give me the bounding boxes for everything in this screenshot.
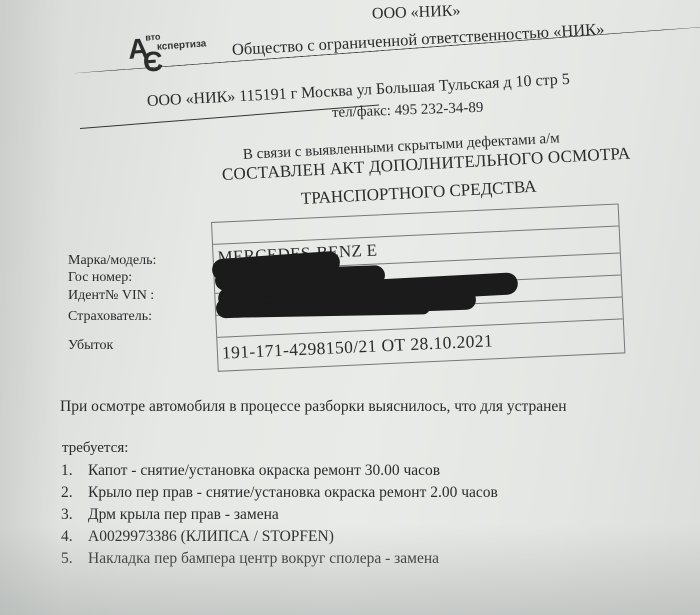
item-text: Дрм крыла пер прав - замена	[88, 506, 279, 523]
list-item: 5.Накладка пер бампера центр вокруг спол…	[61, 548, 498, 570]
company-short-name: ООО «НИК»	[372, 2, 461, 23]
item-number: 2.	[61, 482, 88, 504]
label-vin: Идент№ VIN :	[68, 288, 154, 304]
item-number: 4.	[61, 526, 88, 548]
list-item: 1.Капот - снятие/установка окраска ремон…	[61, 460, 498, 482]
label-insurer: Страхователь:	[68, 309, 152, 325]
label-plate-number: Гос номер:	[68, 270, 132, 286]
item-text: Крыло пер прав - снятие/установка окраск…	[88, 484, 498, 501]
item-number: 1.	[61, 460, 88, 482]
logo-word-mid: кспертиза	[157, 38, 207, 52]
list-item: 2.Крыло пер прав - снятие/установка окра…	[61, 482, 498, 504]
inspection-intro-text: При осмотре автомобиля в процессе разбор…	[60, 398, 567, 416]
required-label: требуется:	[62, 440, 128, 457]
paper-shadow-left	[0, 0, 60, 615]
label-loss-number: Убыток	[68, 338, 113, 354]
item-text: Накладка пер бампера центр вокруг сполер…	[88, 550, 439, 567]
label-brand-model: Марка/модель:	[68, 253, 156, 269]
item-text: A0029973386 (КЛИПСА / STOPFEN)	[88, 528, 334, 545]
list-item: 3.Дрм крыла пер прав - замена	[61, 504, 498, 526]
item-number: 3.	[61, 504, 88, 526]
list-item: 4.A0029973386 (КЛИПСА / STOPFEN)	[61, 526, 498, 548]
loss-number-value: 191-171-4298150/21 ОТ 28.10.2021	[221, 330, 493, 362]
item-text: Капот - снятие/установка окраска ремонт …	[88, 462, 440, 479]
company-phone: тел/факс: 495 232-34-89	[332, 100, 484, 122]
company-full-name: Общество с ограниченной ответственностью…	[231, 19, 604, 60]
document-title-line2: ТРАНСПОРТНОГО СРЕДСТВА	[300, 177, 536, 209]
repair-items-list: 1.Капот - снятие/установка окраска ремон…	[61, 460, 498, 570]
item-number: 5.	[61, 548, 88, 570]
